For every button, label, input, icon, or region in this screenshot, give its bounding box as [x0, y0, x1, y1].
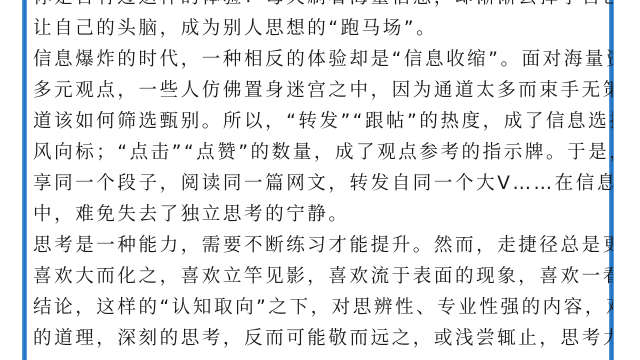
text-line: 道该如何筛选甄别。所以，“转发”“跟帖”的热度，成了信息选择的 [33, 106, 613, 137]
text-line-clipped-bottom: 的道理，深刻的思考，反而可能敬而远之，或浅尝辄止，思考力难免衰退 [33, 323, 613, 354]
text-line: 多元观点，一些人仿佛置身迷宫之中，因为通道太多而束手无策，不知 [33, 75, 613, 106]
text-line: 思考是一种能力，需要不断练习才能提升。然而，走捷径总是更简单。 [33, 230, 613, 261]
text-line: 结论，这样的“认知取向”之下，对思辨性、专业性强的内容，对复杂 [33, 292, 613, 323]
text-line-clipped-top: 你是否有过这样的体验：每天刷着海量信息，却渐渐丢掉了自己的判断。不要 [33, 0, 613, 13]
article-text: 你是否有过这样的体验：每天刷着海量信息，却渐渐丢掉了自己的判断。不要 让自己的头… [33, 0, 613, 354]
text-line: 中，难免失去了独立思考的宁静。 [33, 199, 613, 230]
left-blue-border [22, 0, 27, 360]
text-line: 享同一个段子，阅读同一篇网文，转发自同一个大V……在信息的狂涌 [33, 168, 613, 199]
text-line: 风向标；“点击”“点赞”的数量，成了观点参考的指示牌。于是，分 [33, 137, 613, 168]
text-line: 信息爆炸的时代，一种相反的体验却是“信息收缩”。面对海量资讯、 [33, 44, 613, 75]
text-line: 让自己的头脑，成为别人思想的“跑马场”。 [33, 13, 613, 44]
document-page: 你是否有过这样的体验：每天刷着海量信息，却渐渐丢掉了自己的判断。不要 让自己的头… [0, 0, 640, 360]
text-line: 喜欢大而化之，喜欢立竿见影，喜欢流于表面的现象，喜欢一看可知的 [33, 261, 613, 292]
